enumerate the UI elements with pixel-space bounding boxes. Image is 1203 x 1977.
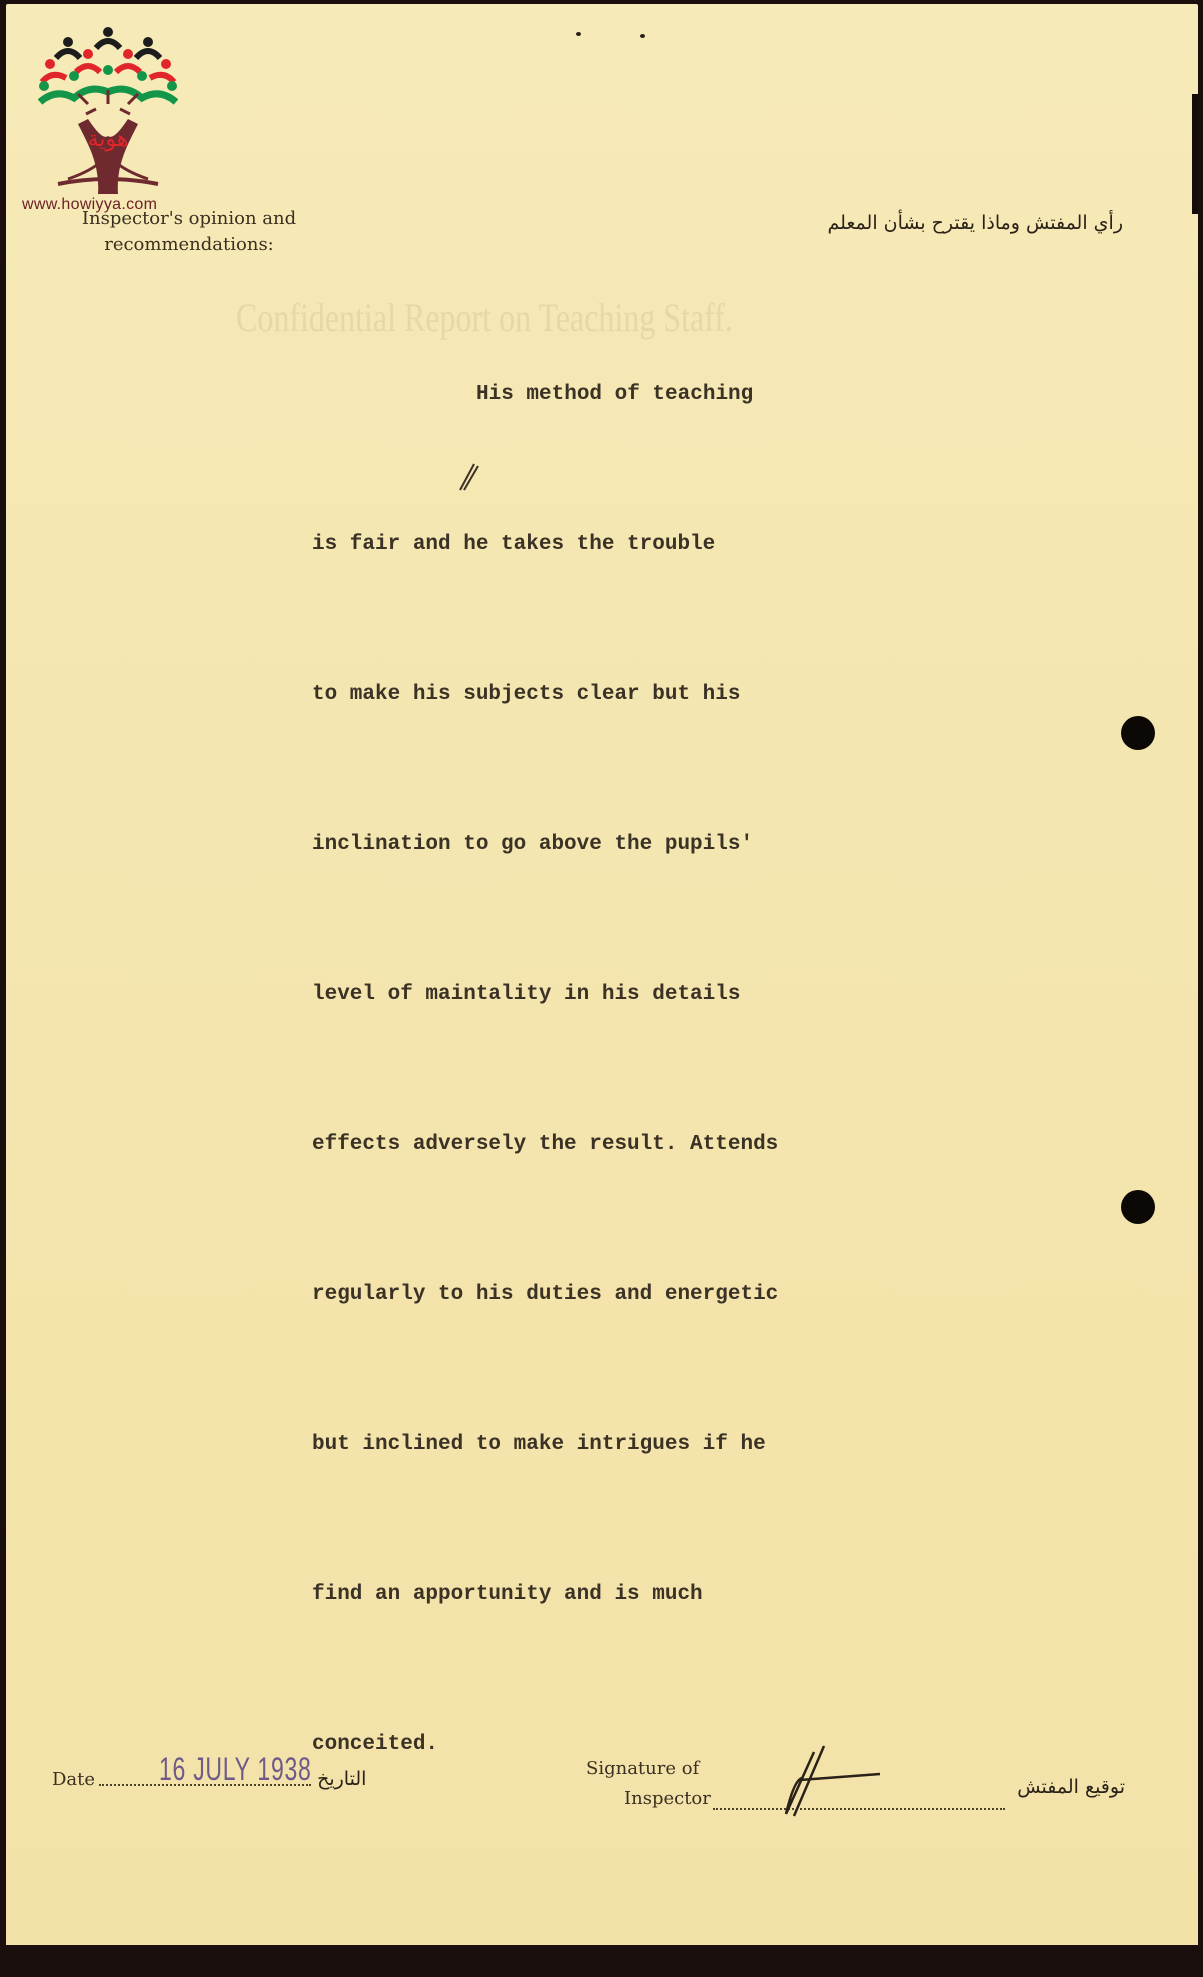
remark-line: but inclined to make intrigues if he (312, 1420, 932, 1470)
remark-line: to make his subjects clear but his (312, 670, 932, 720)
handwritten-correction-mark (456, 462, 480, 492)
signature-label-line-2: Inspector (624, 1784, 711, 1814)
punch-hole-top (1121, 716, 1155, 750)
svg-text:هوية: هوية (88, 127, 129, 152)
remark-line: effects adversely the result. Attends (312, 1120, 932, 1170)
signature-label-arabic: توقيع المفتش (1017, 1776, 1125, 1798)
remark-line: His method of teaching (312, 370, 932, 420)
punch-hole-bottom (1121, 1190, 1155, 1224)
date-field: Date 16 JULY 1938 التاريخ (52, 1768, 366, 1790)
scan-speck (640, 34, 645, 38)
inspector-opinion-label: Inspector's opinion and recommendations: (54, 206, 324, 258)
remark-line: level of maintality in his details (312, 970, 932, 1020)
scan-bottom-edge (0, 1945, 1203, 1977)
date-label-arabic: التاريخ (317, 1768, 366, 1790)
date-label: Date (52, 1769, 95, 1790)
typed-remarks: His method of teaching is fair and he ta… (312, 270, 932, 1820)
scan-speck (576, 32, 581, 36)
label-line-2: recommendations: (54, 232, 324, 258)
inspector-opinion-label-arabic: رأي المفتش وماذا يقترح بشأن المعلم (827, 212, 1123, 234)
remark-line: find an apportunity and is much (312, 1570, 932, 1620)
remark-line: inclination to go above the pupils' (312, 820, 932, 870)
label-line-1: Inspector's opinion and (54, 206, 324, 232)
page-edge-shadow (1192, 94, 1198, 214)
handwritten-signature-icon (780, 1740, 900, 1820)
remark-line: regularly to his duties and energetic (312, 1270, 932, 1320)
date-stamp: 16 JULY 1938 (159, 1751, 312, 1788)
family-tree-logo-icon: هوية (38, 24, 178, 194)
remark-line: is fair and he takes the trouble (312, 520, 932, 570)
